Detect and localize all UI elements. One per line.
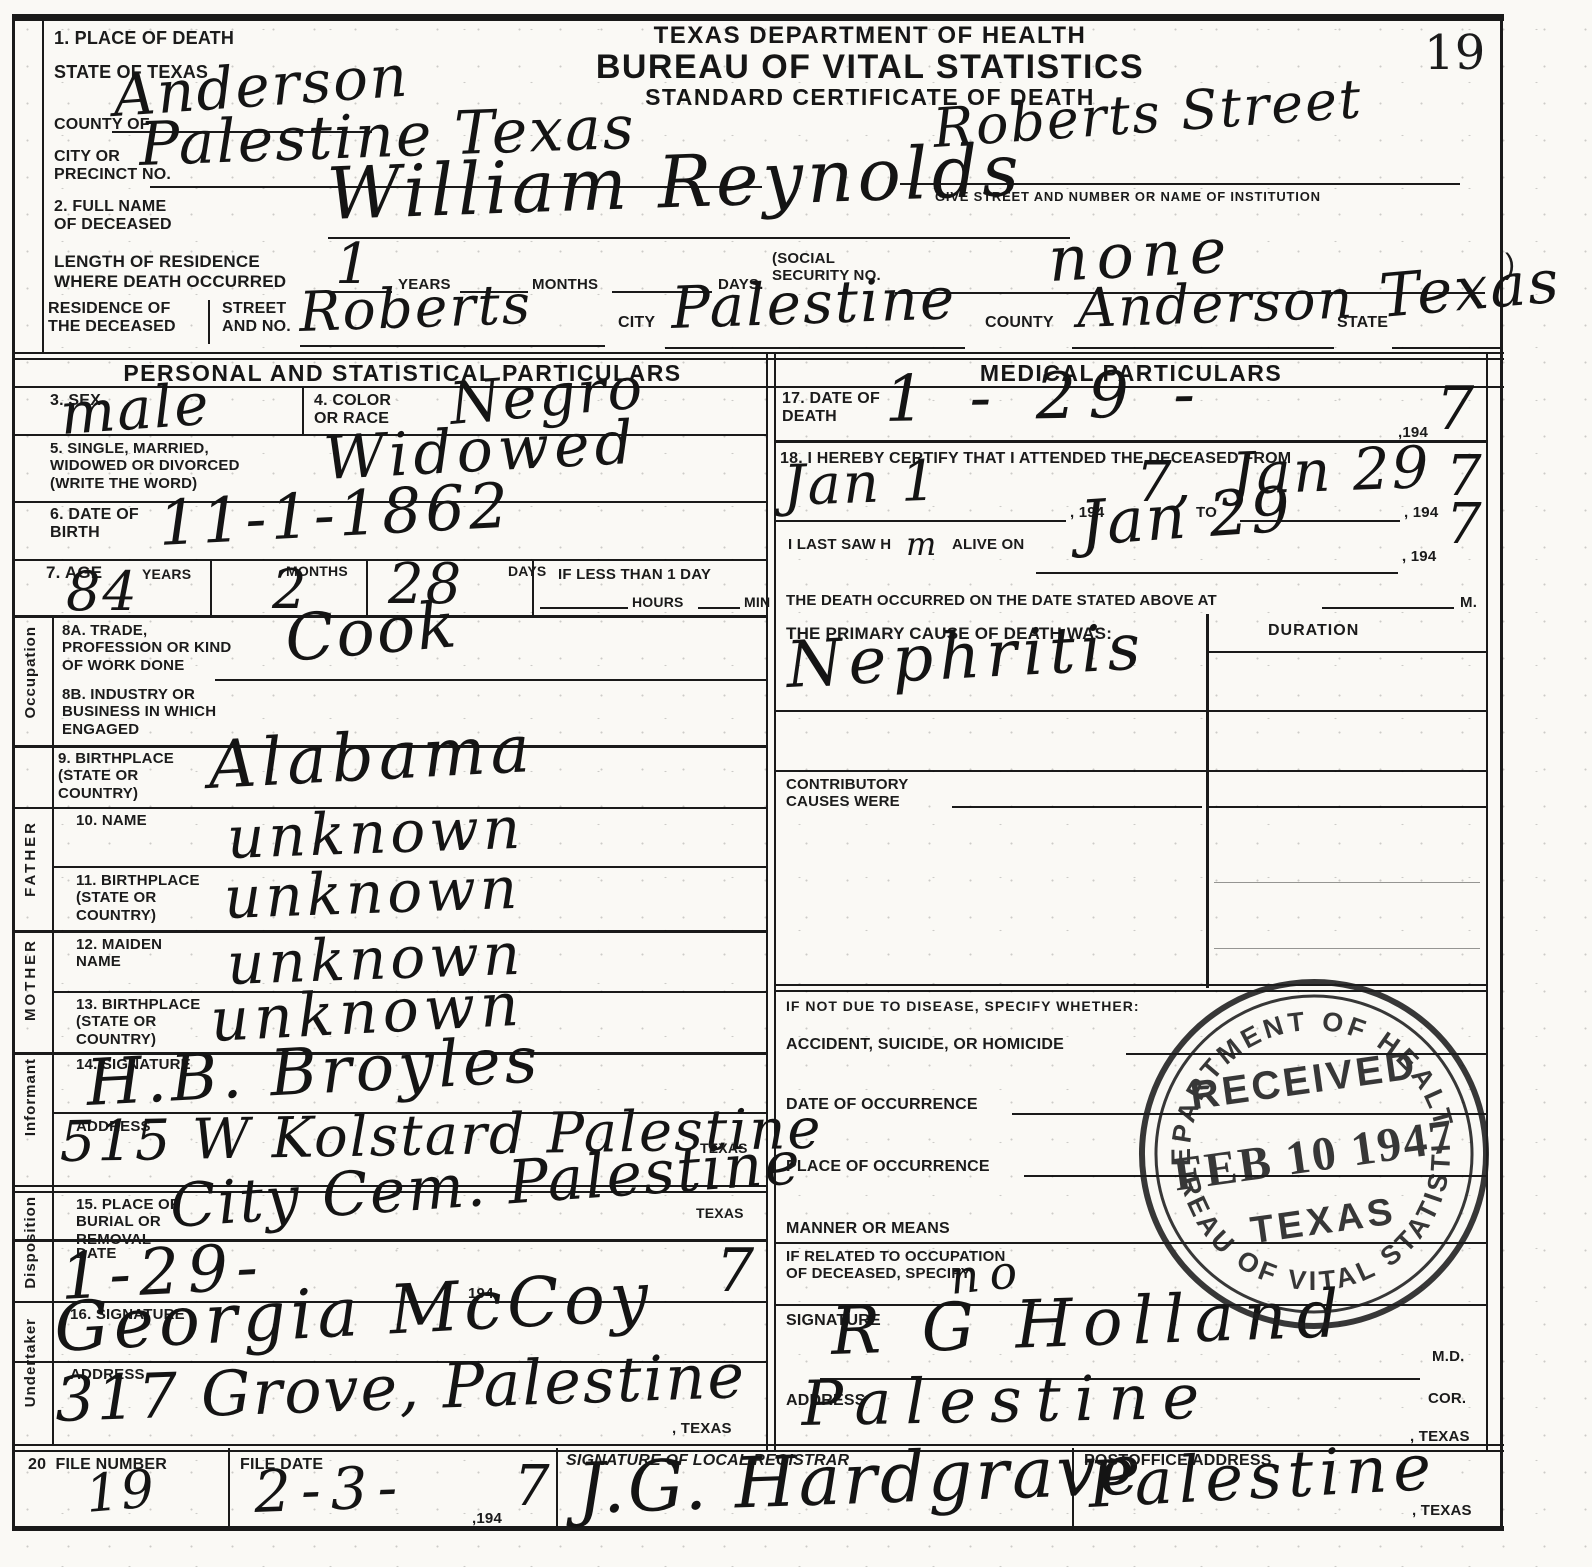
lastsaw-label: I LAST SAW H <box>788 536 891 553</box>
file-year-handwriting: 7 <box>514 1462 552 1512</box>
death-occurred-label: THE DEATH OCCURRED ON THE DATE STATED AB… <box>786 592 1217 609</box>
fullname-label: 2. FULL NAME OF DECEASED <box>54 198 184 235</box>
file-date-handwriting: 2-3- <box>253 1461 408 1518</box>
maiden-label: 12. MAIDEN NAME <box>76 936 181 971</box>
residence-divider <box>208 300 210 344</box>
column-divider-b <box>774 352 776 1450</box>
fullname-rule <box>328 237 1070 239</box>
burial-state-label: TEXAS <box>696 1205 744 1221</box>
res-county-handwriting: Anderson <box>1076 275 1355 333</box>
place-of-death-label: 1. PLACE OF DEATH <box>54 28 234 49</box>
contributory-rule <box>952 806 1202 808</box>
dept-title-line1: TEXAS DEPARTMENT OF HEALTH <box>540 22 1200 50</box>
header-left-rule <box>42 21 44 352</box>
section-top-double-rule <box>12 352 1504 360</box>
m-label: M. <box>1460 594 1477 611</box>
res-street-rule <box>300 345 605 347</box>
lastsaw-rule <box>1036 572 1398 574</box>
attended-from-handwriting: Jan 1 <box>782 457 939 513</box>
dod-year-handwriting: 7 <box>1436 382 1476 436</box>
age-years-label: YEARS <box>142 566 191 582</box>
dept-title-line2: BUREAU OF VITAL STATISTICS <box>520 48 1220 87</box>
sex-handwriting: male <box>58 378 212 441</box>
registrar-handwriting: J.G. Hardgrave <box>576 1438 1145 1521</box>
dob-label: 6. DATE OF BIRTH <box>50 506 150 543</box>
place-occurrence-label: PLACE OF OCCURRENCE <box>786 1158 990 1176</box>
primary-cause-handwriting: Nephritis <box>785 619 1148 695</box>
months-label: MONTHS <box>532 276 598 293</box>
undertaker-addr-handwriting: 317 Grove, Palestine <box>54 1348 747 1428</box>
dob-handwriting: 11-1-1862 <box>157 478 513 552</box>
to-year-print: , 194 <box>1404 504 1438 521</box>
res-street-handwriting: Roberts <box>298 280 532 338</box>
cor-label: COR. <box>1428 1390 1466 1407</box>
less-than-day-label: IF LESS THAN 1 DAY <box>558 566 711 583</box>
undertaker-addr-state-label: , TEXAS <box>672 1420 732 1437</box>
birthplace-label: 9. BIRTHPLACE (STATE OR COUNTRY) <box>58 750 183 802</box>
side-label-occupation: Occupation <box>22 626 39 719</box>
received-stamp: DEPARTMENT OF HEALTH BUREAU OF VITAL STA… <box>1104 944 1524 1364</box>
file-year-print: ,194 <box>472 1510 502 1527</box>
lastsaw-year-handwriting: 7 <box>1446 500 1484 550</box>
stamp-date-text: FEB 10 1947 <box>1170 1110 1458 1202</box>
file-number-handwriting: 19 <box>84 1466 158 1519</box>
certificate-number: 19 <box>1424 26 1485 81</box>
birthplace-handwriting: Alabama <box>207 719 536 795</box>
stamp-graphic: DEPARTMENT OF HEALTH BUREAU OF VITAL STA… <box>1104 944 1524 1364</box>
trade-label: 8A. TRADE, PROFESSION OR KIND OF WORK DO… <box>62 622 237 674</box>
street-no-label: STREET AND NO. <box>222 300 307 337</box>
column-divider-a <box>766 352 768 1450</box>
dod-label: 17. DATE OF DEATH <box>782 390 887 427</box>
hours-label: HOURS <box>632 594 684 610</box>
length-residence-label: LENGTH OF RESIDENCE WHERE DEATH OCCURRED <box>54 252 304 291</box>
res-state-rule <box>1392 347 1502 349</box>
not-disease-label: IF NOT DUE TO DISEASE, SPECIFY WHETHER: <box>786 998 1140 1014</box>
attended-from-rule <box>776 520 1066 522</box>
father-name-label: 10. NAME <box>76 812 147 829</box>
trade-rule <box>215 679 768 681</box>
duration-column-rule <box>1206 614 1209 988</box>
footer-divider-1 <box>228 1448 230 1528</box>
date-occurrence-label: DATE OF OCCURRENCE <box>786 1096 978 1114</box>
duration-cell-rule-2 <box>1214 882 1480 883</box>
residence-deceased-label: RESIDENCE OF THE DECEASED <box>48 300 198 337</box>
age-divider-3 <box>532 559 534 615</box>
informant-sig-handwriting: H.B. Broyles <box>85 1032 543 1113</box>
side-label-informant: Informant <box>22 1058 39 1136</box>
age-divider-1 <box>210 559 212 615</box>
burial-year-handwriting: 7 <box>716 1244 756 1298</box>
footer-divider-2 <box>556 1448 558 1528</box>
manner-means-label: MANNER OR MEANS <box>786 1220 950 1238</box>
father-bp-label: 11. BIRTHPLACE (STATE OR COUNTRY) <box>76 872 211 924</box>
cause-line-rule-1 <box>774 710 1486 712</box>
accident-label: ACCIDENT, SUICIDE, OR HOMICIDE <box>786 1036 1064 1054</box>
alive-on-label: ALIVE ON <box>952 536 1024 553</box>
trade-handwriting: Cook <box>283 597 460 669</box>
death-occurred-rule <box>1322 607 1454 609</box>
age-years-handwriting: 84 <box>66 568 139 617</box>
sex-race-divider <box>302 388 304 435</box>
res-city-label: CITY <box>618 314 655 332</box>
stamp-texas-text: TEXAS <box>1248 1190 1399 1252</box>
hours-rule <box>540 607 628 609</box>
side-label-mother: MOTHER <box>22 938 39 1021</box>
res-city-rule <box>665 347 965 349</box>
side-label-father: FATHER <box>22 820 39 897</box>
cause-line-rule-2 <box>774 770 1486 772</box>
res-city-handwriting: Palestine <box>670 272 957 334</box>
duration-label: DURATION <box>1268 622 1359 640</box>
md-label: M.D. <box>1432 1348 1464 1365</box>
section-title-underline <box>12 386 1504 388</box>
lastsaw-fill-handwriting: m <box>906 530 938 559</box>
res-county-label: COUNTY <box>985 314 1054 332</box>
res-state-handwriting: Texas <box>1377 254 1562 324</box>
res-county-rule <box>1072 347 1334 349</box>
postoffice-handwriting: Palestine <box>1087 1440 1438 1516</box>
border-top <box>12 14 1504 21</box>
lastsaw-handwriting: Jan 29 <box>1078 481 1294 551</box>
industry-label: 8B. INDUSTRY OR BUSINESS IN WHICH ENGAGE… <box>62 686 217 738</box>
age-days-label: DAYS <box>508 563 546 579</box>
physician-addr-handwriting: Palestine <box>801 1369 1214 1432</box>
side-label-disposition: Disposition <box>22 1196 39 1289</box>
lastsaw-year-print: , 194 <box>1402 548 1436 565</box>
min-rule <box>698 607 740 609</box>
fullname-handwriting: William Reynolds <box>326 138 1024 227</box>
border-bottom <box>12 1526 1504 1531</box>
death-certificate-document: 1. PLACE OF DEATH STATE OF TEXAS TEXAS D… <box>0 0 1592 1567</box>
postoffice-state-label: , TEXAS <box>1412 1502 1472 1519</box>
father-bp-handwriting: unknown <box>223 862 522 925</box>
dod-handwriting: 1 - 29 - <box>884 366 1207 429</box>
mother-bp-label: 13. BIRTHPLACE (STATE OR COUNTRY) <box>76 996 211 1048</box>
duration-header-rule <box>1206 651 1486 653</box>
contributory-label: CONTRIBUTORY CAUSES WERE <box>786 776 946 811</box>
min-label: MIN <box>744 594 770 610</box>
duration-cell-rule-1 <box>1206 806 1486 808</box>
